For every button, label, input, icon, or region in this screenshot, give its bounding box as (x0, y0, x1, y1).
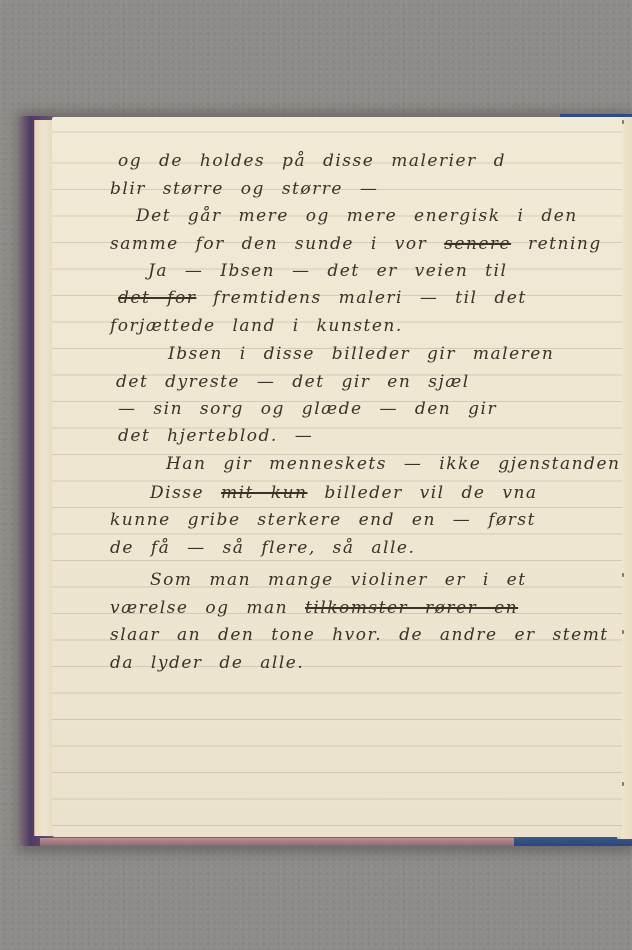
text-line: Han gir menneskets — ikke gjenstanden (166, 454, 620, 474)
text-line: Disse mit kun billeder vil de vna (150, 483, 538, 503)
text-line: det hjerteblod. — (118, 426, 313, 446)
text-line: værelse og man tilkomster rører en (110, 598, 518, 618)
text-line: samme for den sunde i vor senere retning (110, 234, 602, 254)
text-line: da lyder de alle. (110, 653, 304, 673)
struck-text: det for (118, 288, 196, 308)
text-line: slaar an den tone hvor. de andre er stem… (110, 625, 609, 645)
text-line: Det går mere og mere energisk i den (136, 206, 578, 226)
text-line: Ja — Ibsen — det er veien til (148, 261, 507, 281)
text-line: forjættede land i kunsten. (110, 316, 403, 336)
text-line: det for fremtidens maleri — til det (118, 288, 527, 308)
text-line: blir større og større — (110, 179, 378, 199)
text-line: kunne gribe sterkere end en — først (110, 510, 536, 530)
struck-text: senere (444, 234, 511, 254)
text-line: det dyreste — det gir en sjæl (116, 372, 470, 392)
struck-text: mit kun (221, 483, 308, 503)
text-line: de få — så flere, så alle. (110, 538, 415, 558)
text-line: og de holdes på disse malerier d (118, 151, 506, 171)
struck-text: tilkomster rører en (305, 598, 518, 618)
text-line: Som man mange violiner er i et (150, 570, 527, 590)
text-line: — sin sorg og glæde — den gir (118, 399, 497, 419)
handwritten-text: og de holdes på disse malerier d blir st… (0, 0, 632, 950)
text-line: Ibsen i disse billeder gir maleren (168, 344, 554, 364)
